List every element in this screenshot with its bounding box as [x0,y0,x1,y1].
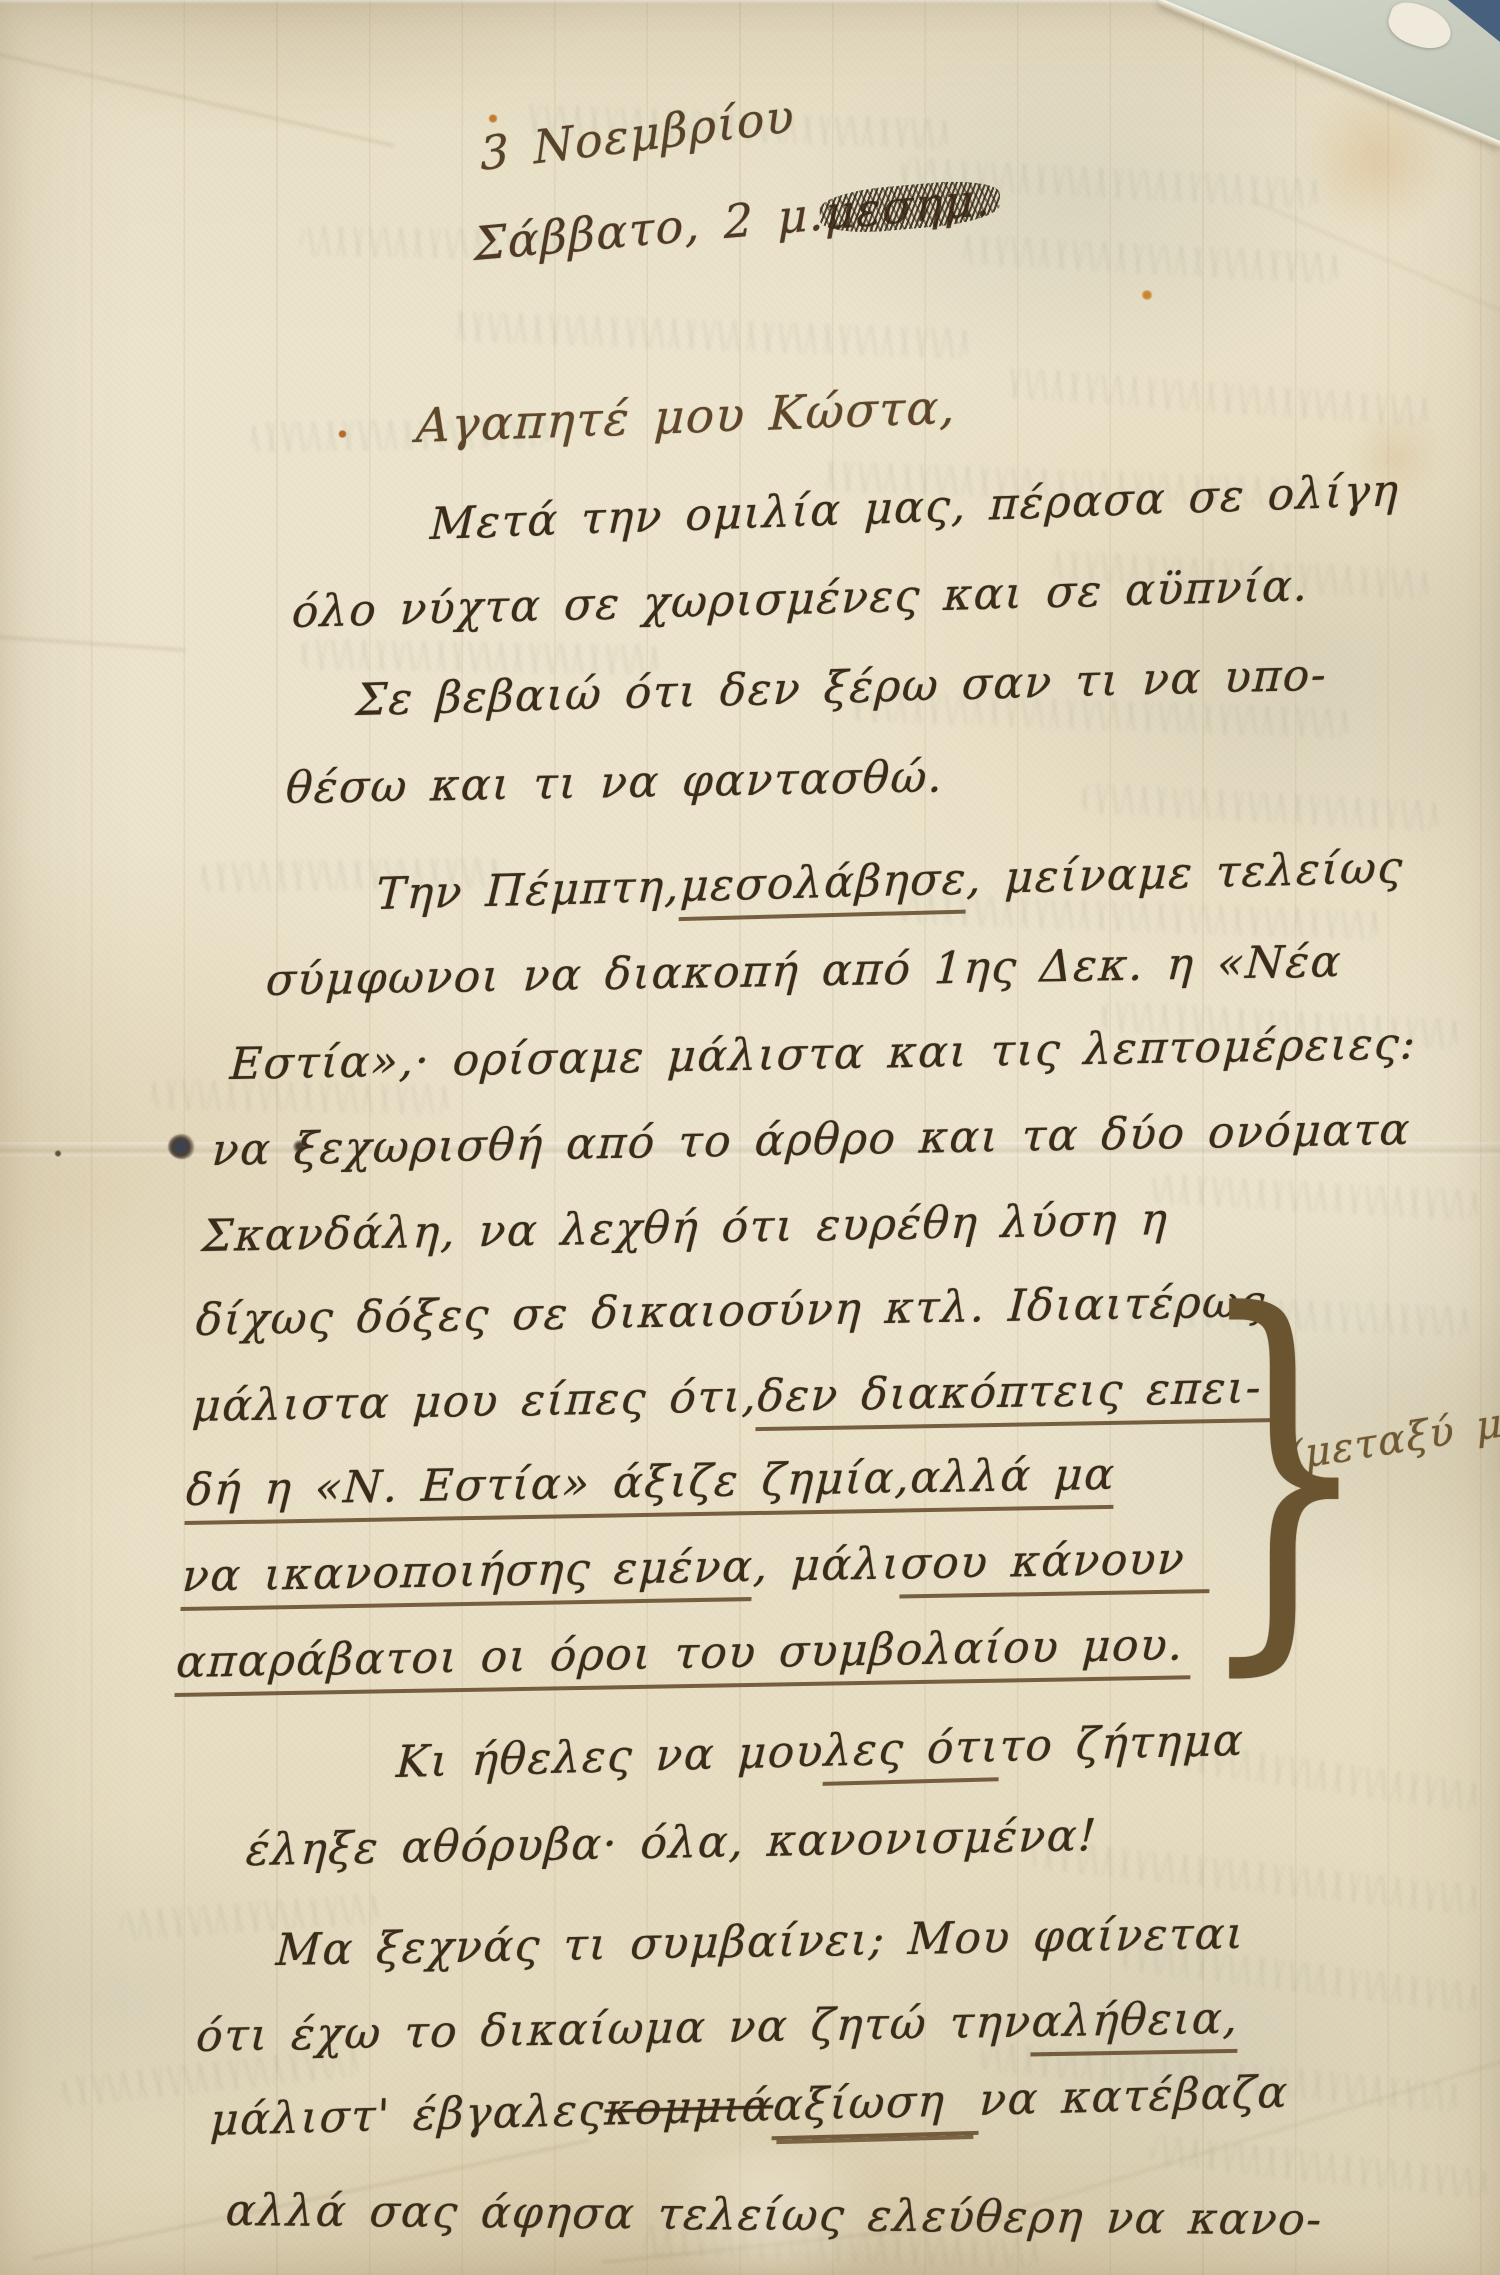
text-segment: Κι ήθελες να μου [395,1727,825,1789]
handwriting-line-23: αλλά σας άφησα τελείως ελεύθερη να κανο- [224,2186,1325,2246]
crease-left [0,635,186,651]
text-segment: σύμφωνοι να διακοπή από 1ης Δεκ. η «Νέα [265,937,1343,1006]
text-segment: λες ότι [823,1722,1001,1785]
speck [54,1150,62,1157]
bleedthrough-line [1030,1839,1481,1916]
text-segment: ότι έχω το δικαίωμα να ζητώ την [195,1997,1033,2062]
handwriting-line-12: Σκανδάλη, να λεχθή ότι ευρέθη λύση η [201,1195,1170,1263]
handwriting-line-18: Κι ήθελες να μου λες ότι το ζήτημα [395,1716,1246,1797]
text-segment: απαράβατοι οι όροι του συμβολαίου μου. [174,1620,1193,1696]
text-segment: 3 Νοεμβρίου [479,89,797,181]
foxing-dot-1 [488,114,498,123]
handwriting-line-4: Μετά την ομιλία μας, πέρασα σε ολίγη [429,466,1400,551]
handwriting-line-22: μάλιστ' έβγαλες κομμιά αξίωση να κατέβαζ… [209,2068,1290,2155]
margin-brace: } [1194,1312,1374,1627]
handwriting-line-13: δίχως δόξες σε δικαιοσύνη κτλ. Ιδιαιτέρω… [195,1277,1267,1346]
dateline-day: 3 Νοεμβρίου [479,89,797,181]
handwriting-line-6: Σε βεβαιώ ότι δεν ξέρω σαν τι να υπο- [355,651,1328,727]
foxing-dot-3 [1141,290,1153,300]
text-segment: δίχως δόξες σε δικαιοσύνη κτλ. Ιδιαιτέρω… [195,1277,1267,1346]
crease-right [1252,199,1500,324]
text-segment: δή η «Ν. Εστία» άξιζε ζημία, [184,1453,911,1524]
foxing-dot-2 [338,430,347,438]
text-segment: να ξεχωρισθή από το άρθρο και τα δύο ονό… [211,1105,1412,1177]
text-segment: το ζήτημα [999,1716,1246,1773]
text-segment: Σάββατο, 2 μ. [474,187,826,271]
handwriting-line-10: Εστία»,· ορίσαμε μάλιστα και τις λεπτομέ… [229,1019,1418,1090]
text-segment: κομμιά [604,2081,775,2136]
bleedthrough-line [1149,1173,1480,1220]
text-segment: μεσημ. [824,173,991,241]
ink-blot-hole [168,1134,196,1159]
letter-paper: 3 ΝοεμβρίουΣάββατο, 2 μ. μεσημ.Αγαπητέ μ… [0,0,1500,2275]
scanned-letter-page: 3 ΝοεμβρίουΣάββατο, 2 μ. μεσημ.Αγαπητέ μ… [0,0,1500,2275]
text-segment: , μάλι [752,1539,902,1592]
text-segment: όλο νύχτα σε χωρισμένες και σε αϋπνία. [291,561,1310,638]
bleedthrough-line [1079,783,1440,832]
text-segment: Μετά την ομιλία μας, πέρασα σε ολίγη [429,466,1400,551]
bleedthrough-line [999,367,1430,427]
text-segment: Σε βεβαιώ ότι δεν ξέρω σαν τι να υπο- [355,651,1328,727]
salutation: Αγαπητέ μου Κώστα, [415,381,957,454]
bleedthrough-line [959,234,1340,284]
handwriting-line-14: μάλιστα μου είπες ότι, δεν διακόπτεις επ… [190,1363,1281,1441]
bleedthrough-line [450,311,971,359]
text-segment: μάλιστα μου είπες ότι, [191,1372,759,1433]
text-segment: Την Πέμπτη, [375,862,681,921]
crease-top-left [0,48,395,148]
text-segment: θέσω και τι να φαντασθώ. [285,752,945,814]
text-segment: Μα ξεχνάς τι συμβαίνει; Μου φαίνεται [275,1909,1246,1977]
handwriting-line-20: Μα ξεχνάς τι συμβαίνει; Μου φαίνεται [275,1909,1246,1977]
text-segment: σου κάνουν [899,1534,1213,1598]
handwriting-line-16: να ικανοποιήσης εμένα, μάλι σου κάνουν [180,1534,1212,1611]
handwriting-line-7: θέσω και τι να φαντασθώ. [285,752,945,814]
text-segment: αλλά μα [909,1450,1117,1512]
handwriting-line-8: Την Πέμπτη, μεσολάβησε, μείναμε τελείως [375,843,1405,929]
handwriting-line-11: να ξεχωρισθή από το άρθρο και τα δύο ονό… [211,1105,1412,1177]
paper-top-edge [0,0,1170,4]
text-segment: μάλιστ' έβγαλες [209,2086,606,2147]
handwriting-line-17: απαράβατοι οι όροι του συμβολαίου μου. [174,1620,1193,1696]
handwriting-line-5: όλο νύχτα σε χωρισμένες και σε αϋπνία. [291,561,1310,638]
text-segment: να ικανοποιήσης εμένα [180,1542,754,1611]
dateline-place-time: Σάββατο, 2 μ. μεσημ. [474,173,992,271]
handwriting-line-9: σύμφωνοι να διακοπή από 1ης Δεκ. η «Νέα [265,937,1343,1006]
bleedthrough-line [1149,2134,1490,2199]
handwriting-line-19: έληξε αθόρυβα· όλα, κανονισμένα! [245,1811,1099,1877]
text-segment: να κατέβαζα [978,2068,1289,2127]
text-segment: , μείναμε τελείως [966,843,1405,905]
handwriting-line-15: δή η «Ν. Εστία» άξιζε ζημία, αλλά μα [184,1450,1116,1525]
text-segment: Σκανδάλη, να λεχθή ότι ευρέθη λύση η [201,1195,1170,1263]
handwriting-line-21: ότι έχω το δικαίωμα να ζητώ την αλήθεια, [194,1994,1240,2071]
text-segment: Αγαπητέ μου Κώστα, [415,381,957,454]
text-segment: αλλά σας άφησα τελείως ελεύθερη να κανο- [224,2186,1325,2246]
text-segment: αξίωση [772,2076,981,2140]
text-segment: Εστία»,· ορίσαμε μάλιστα και τις λεπτομέ… [229,1019,1418,1090]
text-segment: μεσολάβησε [679,854,968,920]
text-segment: έληξε αθόρυβα· όλα, κανονισμένα! [245,1811,1099,1877]
text-segment: αλήθεια, [1030,1994,1240,2056]
